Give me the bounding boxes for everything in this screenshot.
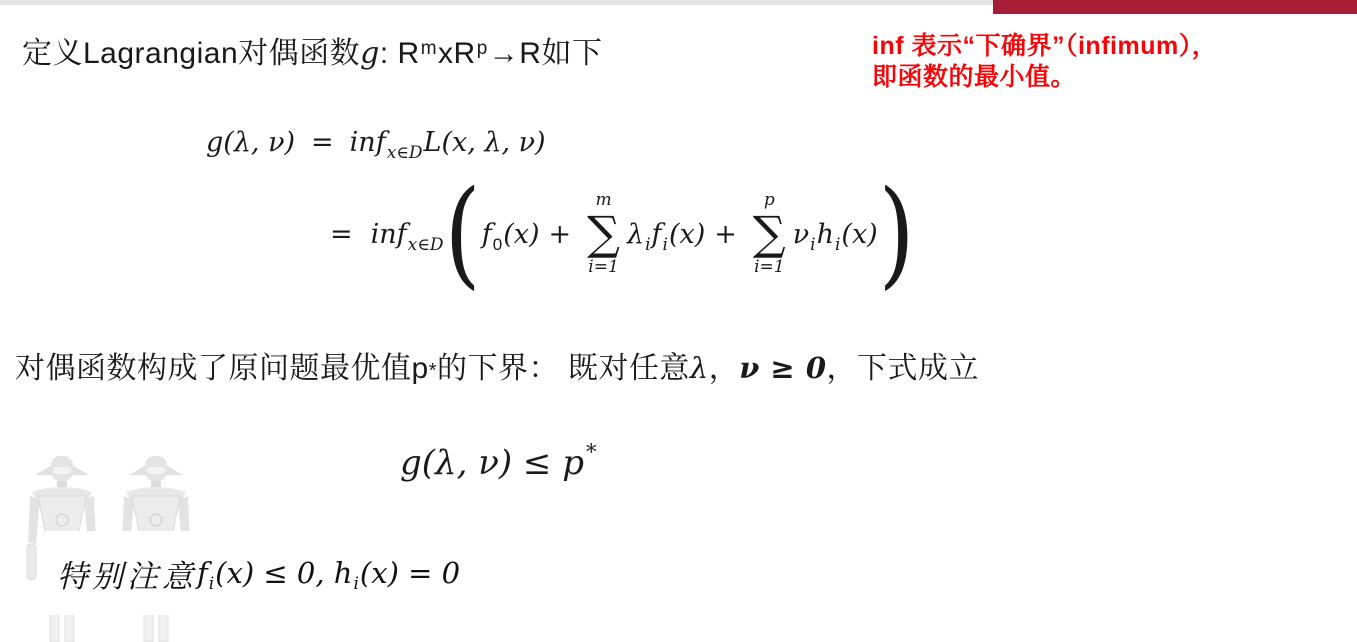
title-sup-p: p	[477, 38, 488, 59]
math-sub-i: i	[645, 235, 650, 255]
math-sub-i: i	[663, 235, 668, 255]
title-g-symbol: g	[360, 36, 380, 71]
math-nu-hi-term: νihi(x)	[793, 221, 878, 248]
bound-statement: 对偶函数构成了原问题最优值p*的下界： 既对任意λ，ν ≥ 0，下式成立	[15, 343, 979, 387]
note-chinese-text: 特别注意	[57, 551, 197, 596]
bound-text-1: 对偶函数构成了原问题最优值p	[15, 352, 429, 385]
summation-m: m ∑ i=1	[587, 189, 620, 279]
note-math-text: fi(x) ≤ 0, hi(x) = 0	[197, 556, 460, 590]
math-lambda-fi-term: λifi(x)	[627, 221, 705, 248]
math-sub-0: 0	[493, 235, 502, 254]
dual-function-equation-line1: g(λ, ν)=infx∈DL(x, λ, ν)	[206, 129, 546, 156]
title-text-4: →R如下	[489, 37, 603, 70]
sigma-symbol: ∑	[753, 212, 786, 256]
page-title: 定义Lagrangian对偶函数g: RmxRp→R如下	[22, 28, 602, 72]
p-superscript-star: *	[586, 440, 597, 464]
title-sup-m: m	[421, 38, 437, 59]
math-sub-i: i	[810, 235, 815, 255]
math-f: f	[482, 219, 492, 250]
summation-lower-limit: i=1	[754, 256, 785, 279]
math-inf-subscript: x∈D	[408, 235, 444, 255]
p-star: *	[429, 360, 437, 382]
math-f: f	[197, 556, 208, 590]
title-text-1: 定义Lagrangian对偶函数	[22, 37, 360, 70]
note-math-mid2: (x) = 0	[360, 556, 460, 590]
equals-sign: =	[311, 127, 334, 158]
summation-p: p ∑ i=1	[753, 189, 786, 279]
math-inf-subscript: x∈D	[387, 143, 423, 163]
plus-sign: +	[549, 221, 572, 248]
math-lagrangian-term: L(x, λ, ν)	[424, 127, 546, 158]
math-h: h	[817, 219, 834, 250]
math-of-x: (x)	[841, 219, 877, 250]
slide: 定义Lagrangian对偶函数g: RmxRp→R如下 inf 表示“下确界”…	[0, 0, 1357, 642]
math-sub-i: i	[835, 235, 840, 255]
math-inf-term: infx∈D	[371, 221, 445, 248]
sigma-symbol: ∑	[587, 212, 620, 256]
math-lambda: λ	[690, 351, 709, 385]
math-nu: ν	[793, 219, 809, 250]
bound-text-2: 的下界： 既对任意	[437, 352, 690, 385]
plus-sign: +	[714, 221, 737, 248]
math-sub-i: i	[353, 574, 358, 594]
right-parenthesis: )	[878, 176, 914, 292]
math-nu-ge-zero: ν ≥ 0	[739, 351, 826, 385]
bound-comma: ，	[709, 352, 740, 385]
math-of-x: (x)	[503, 219, 539, 250]
math-sub-i: i	[209, 574, 214, 594]
annotation-line-2: 即函数的最小值。	[872, 62, 1357, 93]
math-lambda: λ	[627, 219, 644, 250]
bound-text-3: ，下式成立	[827, 352, 980, 385]
accent-bar	[993, 0, 1357, 14]
dual-function-equation-line2: = infx∈D ( f0(x) + m ∑ i=1 λifi(x) + p ∑…	[330, 172, 915, 296]
math-inf: inf	[371, 219, 407, 250]
math-g-lhs: g(λ, ν)	[206, 127, 295, 158]
summation-lower-limit: i=1	[588, 256, 619, 279]
math-h: h	[334, 556, 353, 590]
math-of-x: (x)	[669, 219, 705, 250]
note-math-mid1: (x) ≤ 0,	[215, 556, 334, 590]
lower-bound-equation: g(λ, ν) ≤ p*	[400, 442, 597, 480]
infimum-annotation: inf 表示“下确界”（infimum）， 即函数的最小值。	[872, 31, 1357, 93]
annotation-line-1: inf 表示“下确界”（infimum），	[872, 31, 1357, 62]
math-inf: inf	[350, 127, 386, 158]
equals-sign: =	[330, 221, 353, 248]
left-parenthesis: (	[445, 176, 481, 292]
title-text-3: xR	[438, 37, 476, 70]
math-g-le-p: g(λ, ν) ≤ p	[400, 443, 584, 483]
math-f: f	[652, 219, 662, 250]
title-text-2: : R	[380, 37, 420, 70]
math-f0-term: f0(x)	[482, 221, 540, 248]
note-box: 特别注意 fi(x) ≤ 0, hi(x) = 0	[45, 531, 567, 615]
